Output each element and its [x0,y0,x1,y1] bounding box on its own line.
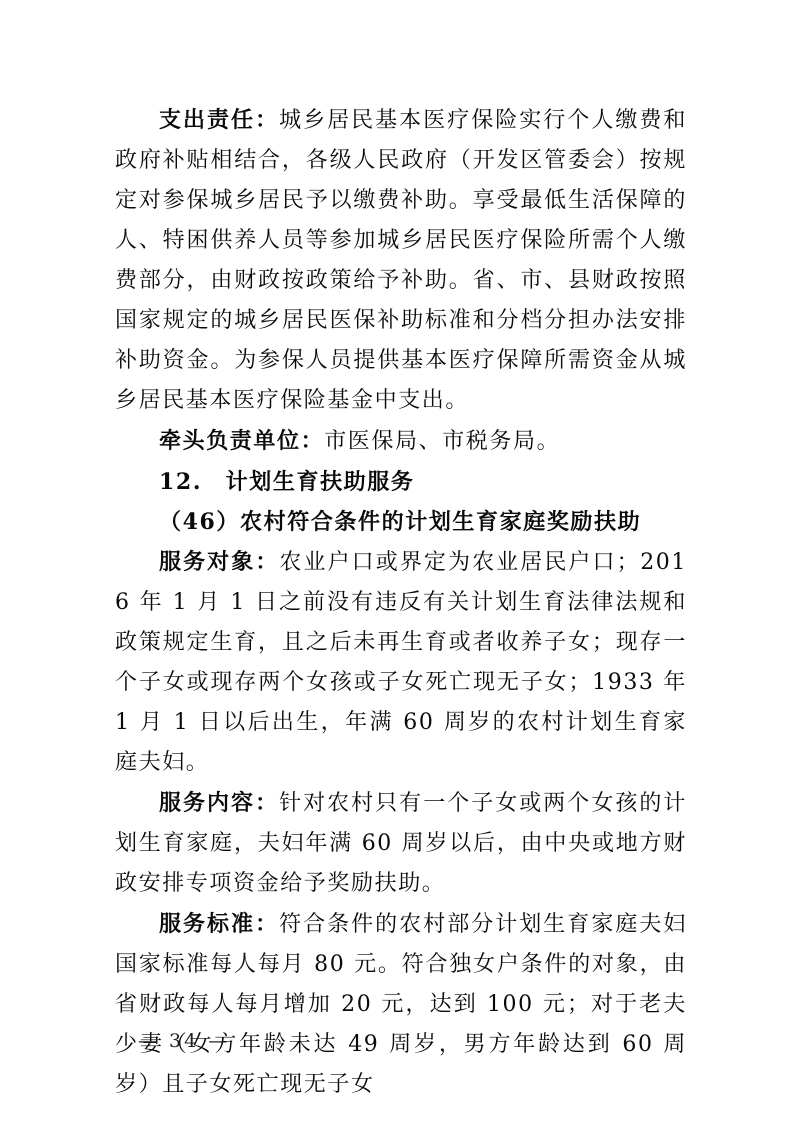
paragraph-text-expenditure-responsibility: 城乡居民基本医疗保险实行个人缴费和政府补贴相结合，各级人民政府（开发区管委会）按… [115,108,687,413]
paragraph-service-target: 服务对象：农业户口或界定为农业居民户口；2016 年 1 月 1 日之前没有违反… [115,542,687,783]
paragraph-text-lead-responsible-unit: 市医保局、市税务局。 [324,429,560,454]
paragraph-text-service-standard: 符合条件的农村部分计划生育家庭夫妇国家标准每人每月 80 元。符合独女户条件的对… [115,912,687,1097]
paragraph-label-service-standard: 服务标准： [159,911,279,937]
document-page: 支出责任：城乡居民基本医疗保险实行个人缴费和政府补贴相结合，各级人民政府（开发区… [0,0,793,1122]
paragraph-service-content: 服务内容：针对农村只有一个子女或两个女孩的计划生育家庭，夫妇年满 60 周岁以后… [115,783,687,904]
paragraph-label-expenditure-responsibility: 支出责任： [159,107,279,133]
paragraph-text-service-target: 农业户口或界定为农业居民户口；2016 年 1 月 1 日之前没有违反有关计划生… [115,550,687,775]
paragraph-lead-responsible-unit: 牵头负责单位：市医保局、市税务局。 [115,421,687,462]
paragraph-label-service-content: 服务内容： [159,790,279,816]
paragraph-label-lead-responsible-unit: 牵头负责单位： [159,428,324,454]
paragraph-expenditure-responsibility: 支出责任：城乡居民基本医疗保险实行个人缴费和政府补贴相结合，各级人民政府（开发区… [115,100,687,421]
heading-section-12-family-planning-support: 12. 计划生育扶助服务 [115,462,687,502]
paragraph-service-standard: 服务标准：符合条件的农村部分计划生育家庭夫妇国家标准每人每月 80 元。符合独女… [115,904,687,1105]
heading-item-46-rural-family-planning-reward: （46）农村符合条件的计划生育家庭奖励扶助 [115,502,687,542]
page-number: — 34 — [138,1026,230,1056]
document-body: 支出责任：城乡居民基本医疗保险实行个人缴费和政府补贴相结合，各级人民政府（开发区… [115,100,687,1105]
paragraph-label-service-target: 服务对象： [159,549,279,575]
